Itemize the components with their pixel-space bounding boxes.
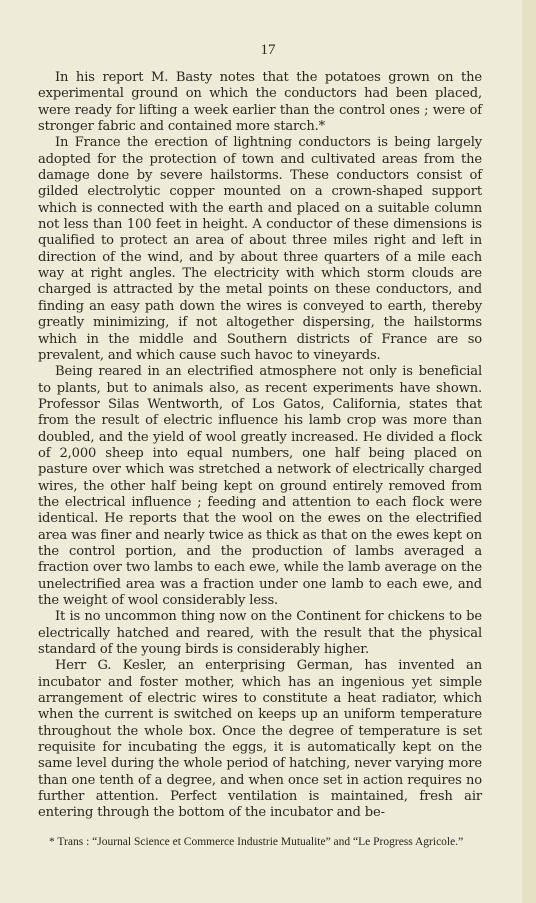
paragraph-incubator: Herr G. Kesler, an enterprising German, … [38,658,482,821]
body-text: In his report M. Basty notes that the po… [38,70,482,822]
paragraph-potatoes: In his report M. Basty notes that the po… [38,70,482,135]
page-number: 17 [0,42,536,59]
footnote: * Trans : “Journal Science et Commerce I… [38,836,482,849]
page-edge [522,0,536,903]
paragraph-sheep-experiment: Being reared in an electrified atmospher… [38,364,482,609]
paragraph-lightning-conductors: In France the erection of lightning cond… [38,135,482,364]
paragraph-chickens: It is no uncommon thing now on the Conti… [38,609,482,658]
footnote-text: * Trans : “Journal Science et Commerce I… [38,836,482,849]
